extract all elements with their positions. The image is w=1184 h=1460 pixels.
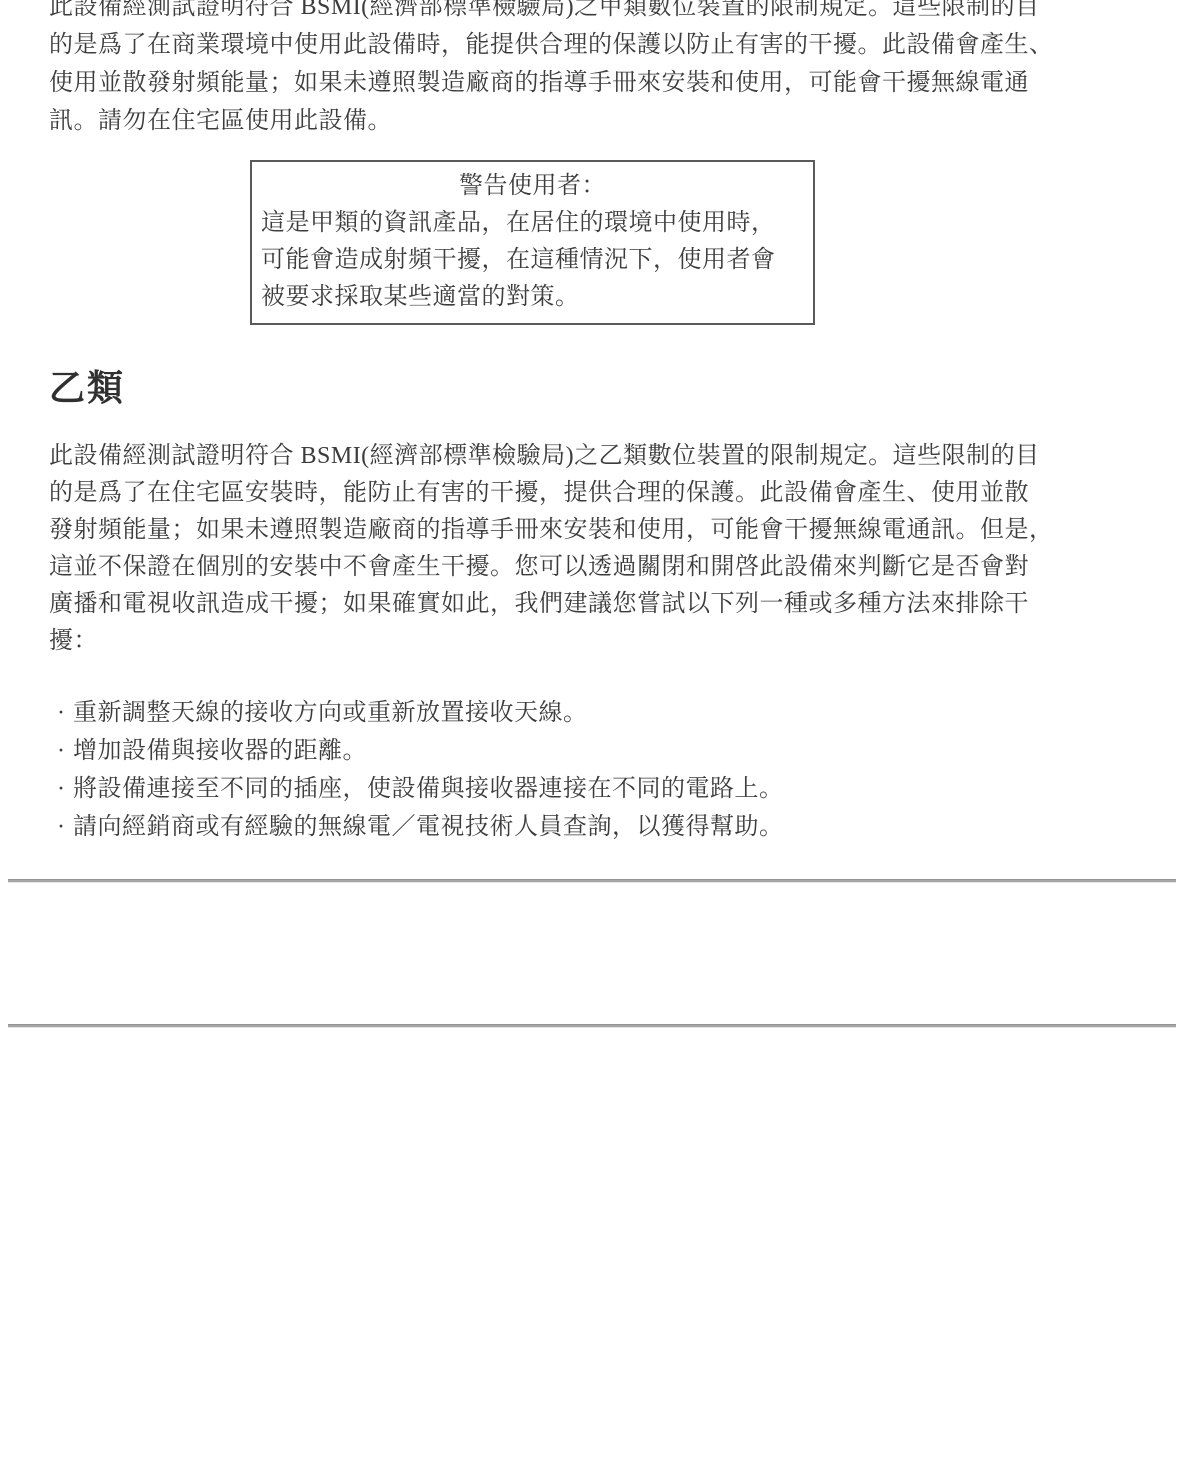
text-line: 使用並散發射頻能量；如果未遵照製造廠商的指導手冊來安裝和使用，可能會干擾無線電通 xyxy=(49,64,1049,102)
list-item-text: 重新調整天線的接收方向或重新放置接收天線。 xyxy=(73,694,588,732)
horizontal-rule xyxy=(8,879,1176,883)
text-line: 此設備經測試證明符合 BSMI(經濟部標準檢驗局)之甲類數位裝置的限制規定。這些… xyxy=(49,0,1049,26)
list-item-text: 將設備連接至不同的插座，使設備與接收器連接在不同的電路上。 xyxy=(73,770,784,808)
list-item: · 重新調整天線的接收方向或重新放置接收天線。 xyxy=(49,694,1049,732)
interference-remedies-list: · 重新調整天線的接收方向或重新放置接收天線。 · 增加設備與接收器的距離。 ·… xyxy=(49,694,1049,846)
text-line: 的是爲了在住宅區安裝時，能防止有害的干擾，提供合理的保護。此設備會產生、使用並散 xyxy=(49,475,1049,512)
text-line: 這是甲類的資訊產品，在居住的環境中使用時， xyxy=(252,205,813,242)
text-line: 被要求採取某些適當的對策。 xyxy=(252,279,813,316)
class-a-paragraph: 此設備經測試證明符合 BSMI(經濟部標準檢驗局)之甲類數位裝置的限制規定。這些… xyxy=(49,0,1049,140)
text-line: 此設備經測試證明符合 BSMI(經濟部標準檢驗局)之乙類數位裝置的限制規定。這些… xyxy=(49,438,1049,475)
horizontal-rule xyxy=(8,1024,1176,1028)
list-item: · 增加設備與接收器的距離。 xyxy=(49,732,1049,770)
text-line: 的是爲了在商業環境中使用此設備時，能提供合理的保護以防止有害的干擾。此設備會產生… xyxy=(49,26,1049,64)
list-item-text: 請向經銷商或有經驗的無線電／電視技術人員查詢，以獲得幫助。 xyxy=(73,808,784,846)
bullet-marker-icon: · xyxy=(49,770,73,808)
text-line: 這並不保證在個別的安裝中不會產生干擾。您可以透過關閉和開啓此設備來判斷它是否會對 xyxy=(49,549,1049,586)
warning-box: 警告使用者： 這是甲類的資訊產品，在居住的環境中使用時，可能會造成射頻干擾，在這… xyxy=(250,160,815,325)
class-b-paragraph: 此設備經測試證明符合 BSMI(經濟部標準檢驗局)之乙類數位裝置的限制規定。這些… xyxy=(49,438,1049,660)
bullet-marker-icon: · xyxy=(49,808,73,846)
list-item: · 將設備連接至不同的插座，使設備與接收器連接在不同的電路上。 xyxy=(49,770,1049,808)
bullet-marker-icon: · xyxy=(49,694,73,732)
text-line: 廣播和電視收訊造成干擾；如果確實如此，我們建議您嘗試以下列一種或多種方法來排除干 xyxy=(49,586,1049,623)
text-line: 擾： xyxy=(49,623,1049,660)
warning-box-body: 這是甲類的資訊產品，在居住的環境中使用時，可能會造成射頻干擾，在這種情況下，使用… xyxy=(252,205,813,316)
text-line: 可能會造成射頻干擾，在這種情況下，使用者會 xyxy=(252,242,813,279)
list-item: · 請向經銷商或有經驗的無線電／電視技術人員查詢，以獲得幫助。 xyxy=(49,808,1049,846)
text-line: 訊。請勿在住宅區使用此設備。 xyxy=(49,102,1049,140)
class-b-heading: 乙類 xyxy=(49,366,125,411)
list-item-text: 增加設備與接收器的距離。 xyxy=(73,732,367,770)
warning-box-title: 警告使用者： xyxy=(252,167,813,205)
text-line: 發射頻能量；如果未遵照製造廠商的指導手冊來安裝和使用，可能會干擾無線電通訊。但是… xyxy=(49,512,1049,549)
bullet-marker-icon: · xyxy=(49,732,73,770)
